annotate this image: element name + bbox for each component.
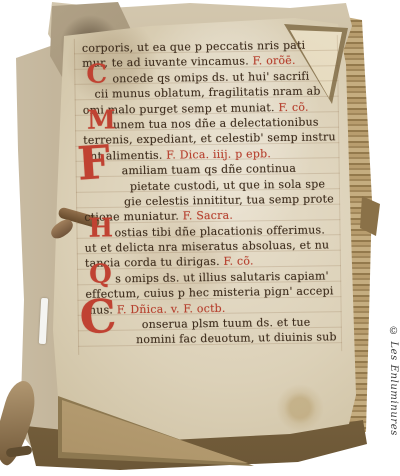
illuminated-initial: C — [86, 67, 107, 83]
illuminated-initial: Q — [89, 267, 112, 283]
body-text: unem tua nos dñe a delectationibus — [113, 115, 319, 131]
body-text: nomini fac deuotum, ut diuinis sub — [136, 331, 337, 347]
body-text: mur, te ad iuvante vincamus. — [82, 55, 253, 70]
body-text: ostias tibi dñe placationis offerimus. — [114, 223, 325, 239]
rubric-text: F. cõ. — [223, 255, 253, 268]
rubric-text: F. Dica. iiij. p epb. — [166, 147, 271, 161]
rubric-text: F. cõ. — [278, 100, 308, 113]
illuminated-initial: M — [87, 113, 116, 129]
body-text: amiliam tuam qs dñe continua — [122, 162, 297, 177]
rubric-text: F. Dñica. v. F. octb. — [117, 301, 226, 316]
body-text: oncede qs omips ds. ut hui' sacrifi — [112, 69, 309, 85]
manuscript-photo: corporis, ut ea que p peccatis nris pati… — [0, 0, 400, 476]
manuscript-text-block: corporis, ut ea que p peccatis nris pati… — [82, 37, 342, 348]
copyright-watermark: © Les Enluminures — [388, 326, 399, 476]
body-text: cii munus oblatum, fragilitatis nram ab — [95, 85, 321, 101]
body-text: onserua plsm tuum ds. et tue — [142, 316, 311, 331]
body-text: corporis, ut ea que p peccatis nris pati — [82, 39, 306, 55]
body-text: gie celestis innititur, tua semp prote — [124, 192, 334, 208]
illuminated-initial: H — [88, 221, 113, 237]
illuminated-initial: F — [77, 155, 111, 173]
body-text: s omips ds. ut illius salutaris capiam' — [115, 269, 329, 285]
body-text: pietate custodi, ut que in sola spe — [130, 177, 325, 193]
illuminated-initial: C — [79, 308, 117, 326]
rubric-text: F. orõē. — [253, 54, 296, 68]
rubric-text: F. Sacra. — [183, 209, 233, 223]
